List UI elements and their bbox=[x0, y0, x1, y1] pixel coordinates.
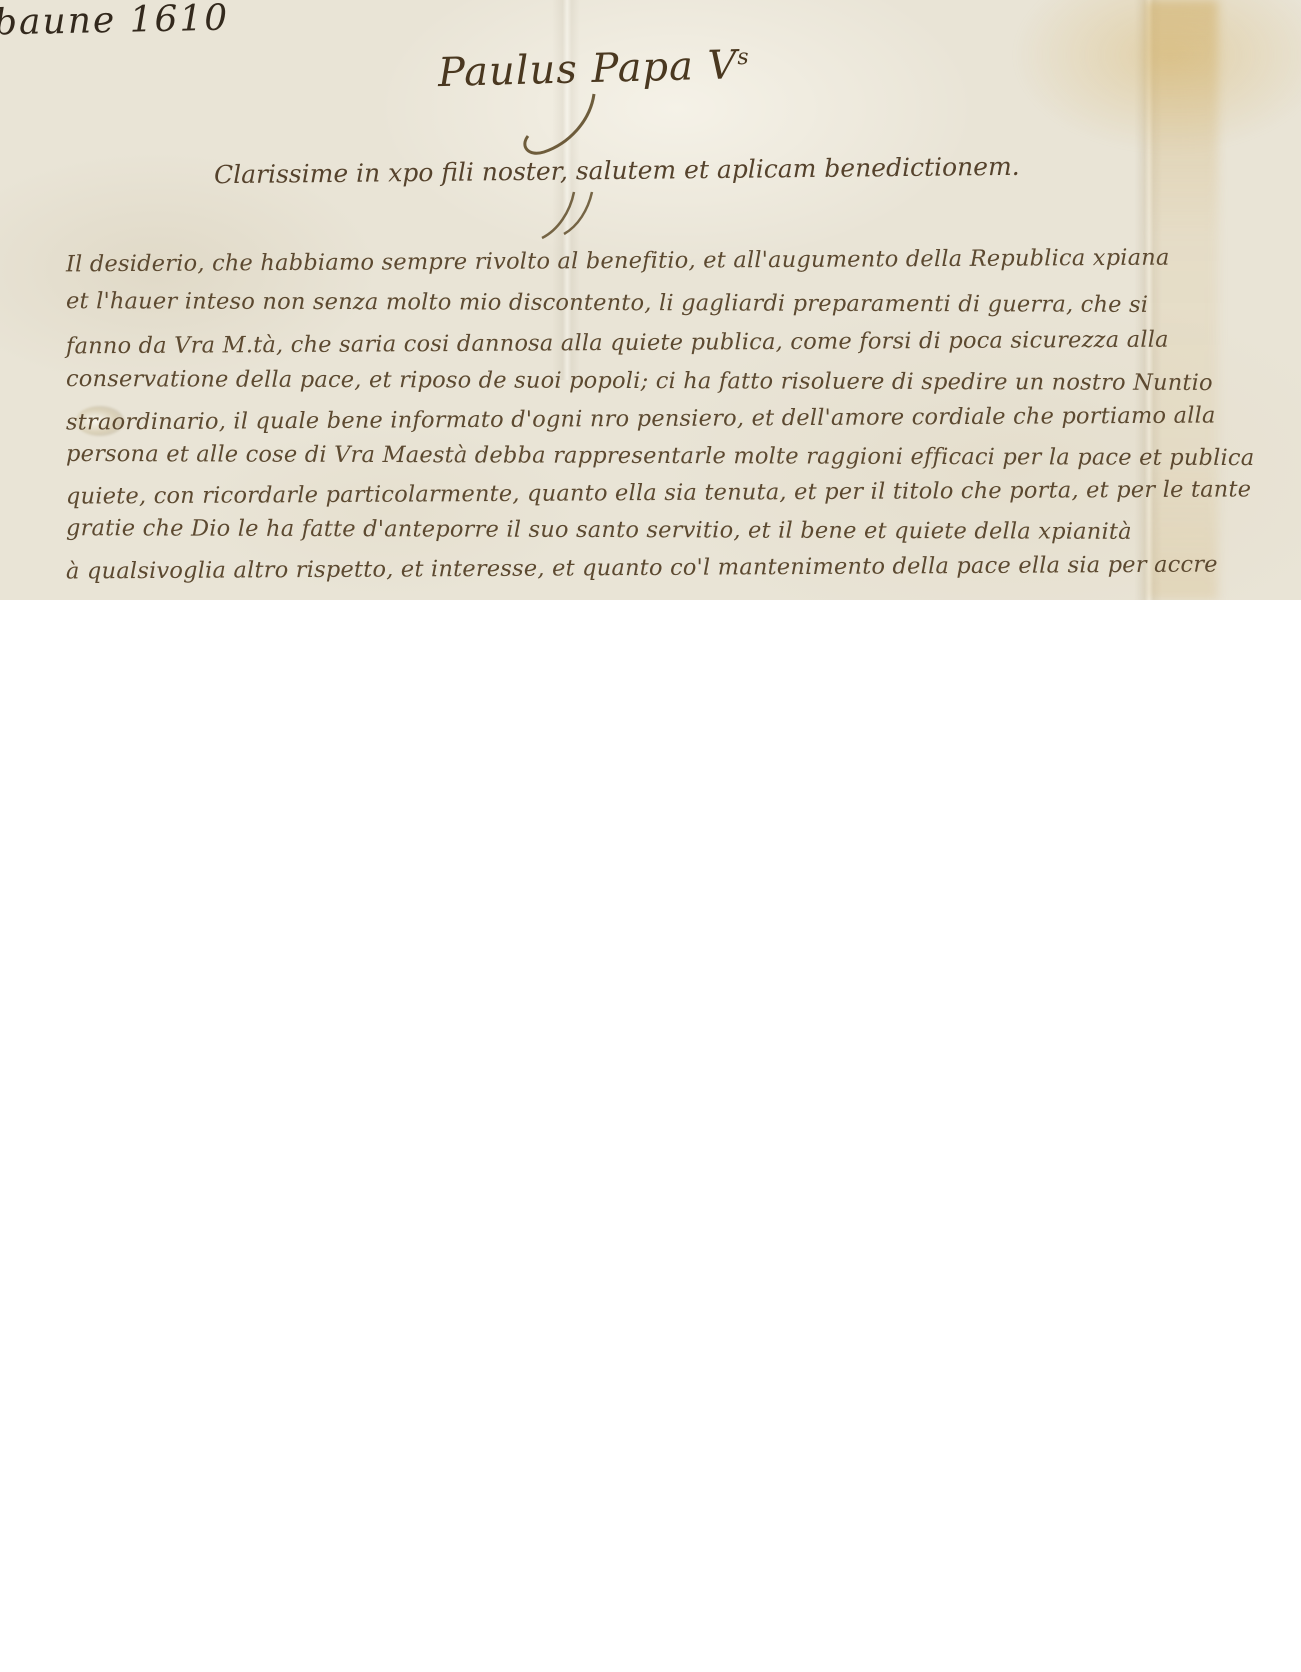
manuscript-body-line-3: fanno da Vra M.tà, che saria cosi dannos… bbox=[66, 327, 1169, 360]
document-title-superscript: s bbox=[737, 45, 750, 70]
archival-annotation: baune 1610 bbox=[0, 0, 230, 43]
paper-stain-top-right bbox=[1000, 0, 1301, 160]
manuscript-scan: baune 1610 Paulus Papa Vs Clarissime in … bbox=[0, 0, 1301, 600]
document-title: Paulus Papa Vs bbox=[437, 42, 750, 96]
page-root: baune 1610 Paulus Papa Vs Clarissime in … bbox=[0, 0, 1301, 1672]
document-title-text: Paulus Papa V bbox=[437, 42, 738, 96]
manuscript-body-line-6: persona et alle cose di Vra Maestà debba… bbox=[66, 441, 1254, 471]
manuscript-body-line-8: gratie che Dio le ha fatte d'anteporre i… bbox=[66, 515, 1132, 545]
salutation-line: Clarissime in xpo fili noster, salutem e… bbox=[214, 152, 1020, 189]
salutation-flourish-stroke bbox=[530, 190, 610, 245]
manuscript-body-line-9: à qualsivoglia altro rispetto, et intere… bbox=[66, 551, 1218, 584]
blank-area bbox=[0, 600, 1301, 1672]
manuscript-body-line-5: straordinario, il quale bene informato d… bbox=[66, 402, 1216, 435]
manuscript-body-line-4: conservatione della pace, et riposo de s… bbox=[66, 366, 1213, 396]
manuscript-body-line-7: quiete, con ricordarle particolarmente, … bbox=[66, 476, 1251, 509]
manuscript-body-line-1: Il desiderio, che habbiamo sempre rivolt… bbox=[66, 245, 1170, 278]
manuscript-body-line-2: et l'hauer inteso non senza molto mio di… bbox=[66, 288, 1148, 318]
